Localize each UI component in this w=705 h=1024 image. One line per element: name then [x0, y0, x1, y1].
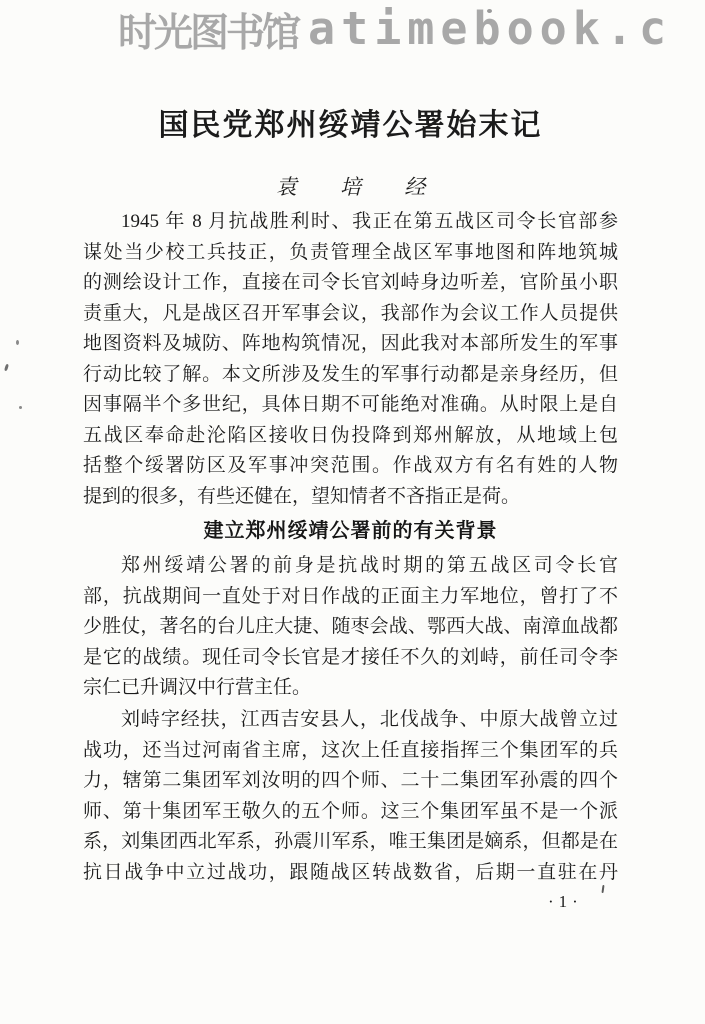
text-line: 括整个绥署防区及军事冲突范围。作战双方有名有姓的人物: [83, 451, 618, 482]
text-line: 责重大，凡是战区召开军事会议，我部作为会议工作人员提供: [83, 299, 618, 330]
text-line: 1945 年 8 月抗战胜利时、我正在第五战区司令长官部参: [83, 207, 618, 238]
text-line: 宗仁已升调汉中行营主任。: [83, 673, 618, 704]
text-line: 谋处当少校工兵技正，负责管理全战区军事地图和阵地筑城: [83, 238, 618, 269]
text-line: 行动比较了解。本文所涉及发生的军事行动都是亲身经历，但: [83, 360, 618, 391]
scan-artifact: [487, 9, 492, 13]
scan-artifact: [4, 364, 9, 372]
scan-artifact: [601, 885, 604, 893]
text-line: 部，抗战期间一直处于对日作战的正面主力军地位，曾打了不: [83, 582, 618, 613]
section-heading: 建立郑州绥靖公署前的有关背景: [83, 514, 618, 543]
text-line: 刘峙字经扶，江西吉安县人，北伐战争、中原大战曾立过: [83, 705, 618, 736]
paragraph-intro: 1945 年 8 月抗战胜利时、我正在第五战区司令长官部参 谋处当少校工兵技正，…: [83, 207, 618, 512]
paragraph-liuzhi: 刘峙字经扶，江西吉安县人，北伐战争、中原大战曾立过 战功，还当过河南省主席，这次…: [83, 705, 618, 888]
scanned-book-page: 时光图书馆atimebook.c 国民党郑州绥靖公署始末记 袁 培 经 1945…: [0, 0, 705, 1024]
text-line: 因事隔半个多世纪，具体日期不可能绝对准确。从时限上是自: [83, 390, 618, 421]
text-line: 的测绘设计工作，直接在司令长官刘峙身边听差，官阶虽小职: [83, 268, 618, 299]
scan-artifact: [19, 406, 22, 409]
article-author: 袁 培 经: [83, 171, 618, 201]
text-line: 师、第十集团军王敬久的五个师。这三个集团军虽不是一个派: [83, 797, 618, 828]
article-title: 国民党郑州绥靖公署始末记: [83, 100, 618, 144]
text-line: 战功，还当过河南省主席，这次上任直接指挥三个集团军的兵: [83, 736, 618, 767]
library-watermark: 时光图书馆atimebook.c: [118, 2, 672, 58]
text-line: 少胜仗，著名的台儿庄大捷、随枣会战、鄂西大战、南漳血战都: [83, 612, 618, 643]
text-line: 力，辖第二集团军刘汝明的四个师、二十二集团军孙震的四个: [83, 766, 618, 797]
text-line: 抗日战争中立过战功，跟随战区转战数省，后期一直驻在丹: [83, 858, 618, 889]
text-line: 是它的战绩。现任司令长官是才接任不久的刘峙，前任司令李: [83, 643, 618, 674]
text-line: 系，刘集团西北军系，孙震川军系，唯王集团是嫡系，但都是在: [83, 827, 618, 858]
watermark-chinese-text: 时光图书馆: [118, 12, 298, 55]
page-number: ·1·: [548, 892, 583, 912]
text-line: 地图资料及城防、阵地构筑情况，因此我对本部所发生的军事: [83, 329, 618, 360]
text-line: 郑州绥靖公署的前身是抗战时期的第五战区司令长官: [83, 551, 618, 582]
text-line: 五战区奉命赴沦陷区接收日伪投降到郑州解放，从地域上包: [83, 421, 618, 452]
paragraph-background: 郑州绥靖公署的前身是抗战时期的第五战区司令长官 部，抗战期间一直处于对日作战的正…: [83, 551, 618, 704]
scan-artifact: [16, 340, 19, 345]
text-line: 提到的很多，有些还健在，望知情者不吝指正是荷。: [83, 482, 618, 513]
